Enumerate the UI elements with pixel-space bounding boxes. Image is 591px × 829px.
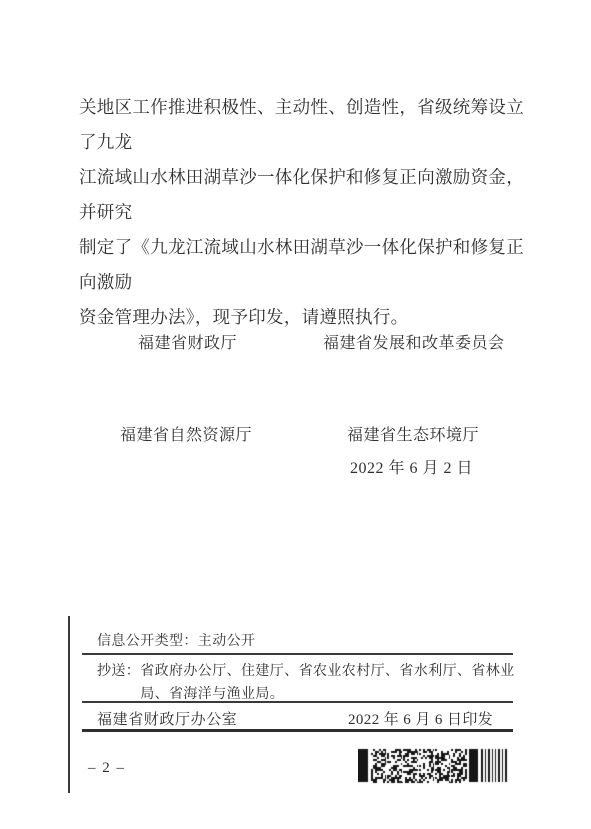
- body-paragraph: 关地区工作推进积极性、主动性、创造性，省级统筹设立了九龙 江流域山水林田湖草沙一…: [79, 90, 531, 335]
- cc-block: 抄送： 省政府办公厅、住建厅、省农业农村厅、省水利厅、省林业 局、省海洋与渔业局…: [97, 660, 515, 706]
- signature-date: 2022 年 6 月 2 日: [350, 455, 473, 478]
- body-line: 制定了《九龙江流域山水林田湖草沙一体化保护和修复正向激励: [79, 230, 531, 300]
- body-line: 江流域山水林田湖草沙一体化保护和修复正向激励资金，并研究: [79, 160, 531, 230]
- cc-line: 省政府办公厅、住建厅、省农业农村厅、省水利厅、省林业: [140, 660, 514, 683]
- signature-ecology-environment-dept: 福建省生态环境厅: [347, 422, 479, 445]
- info-disclosure-type: 信息公开类型：主动公开: [97, 630, 255, 650]
- document-page: 关地区工作推进积极性、主动性、创造性，省级统筹设立了九龙 江流域山水林田湖草沙一…: [0, 0, 591, 829]
- colophon-divider-top: [82, 653, 513, 655]
- colophon-divider-middle: [82, 701, 513, 703]
- cc-label: 抄送：: [97, 660, 140, 706]
- cc-content: 省政府办公厅、住建厅、省农业农村厅、省水利厅、省林业 局、省海洋与渔业局。: [140, 660, 514, 706]
- signature-development-reform-commission: 福建省发展和改革委员会: [323, 330, 505, 353]
- page-number: – 2 –: [88, 760, 126, 777]
- colophon-divider-bottom: [82, 729, 513, 732]
- print-date: 2022 年 6 月 6 日印发: [348, 708, 493, 729]
- signature-natural-resources-dept: 福建省自然资源厅: [120, 422, 252, 445]
- barcode: [358, 747, 508, 784]
- issuing-office: 福建省财政厅办公室: [97, 708, 237, 729]
- body-line: 关地区工作推进积极性、主动性、创造性，省级统筹设立了九龙: [79, 90, 531, 160]
- signature-finance-dept: 福建省财政厅: [138, 330, 237, 353]
- left-vertical-rule: [68, 616, 70, 793]
